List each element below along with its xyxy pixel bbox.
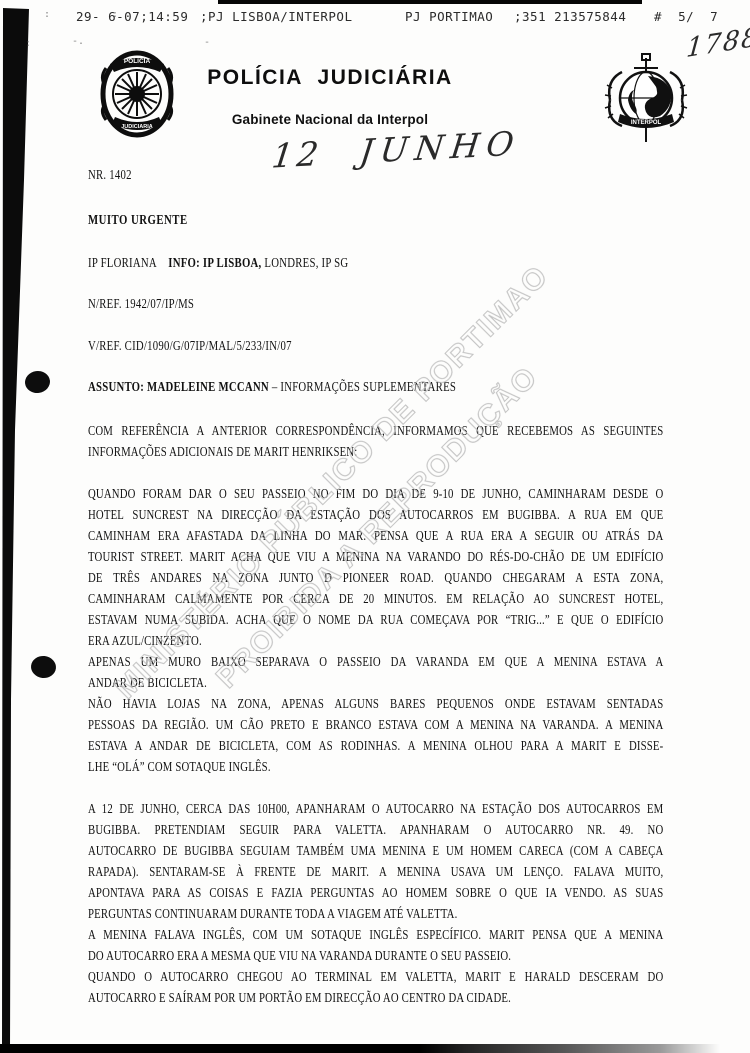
document-subtitle: Gabinete Nacional da Interpol: [180, 112, 480, 127]
scan-top-bar: [218, 0, 642, 4]
interpol-banner-label: INTERPOL: [631, 120, 662, 126]
body-line: DO AUTOCARRO ERA A MESMA QUE VIU NA VARA…: [88, 945, 663, 966]
scan-noise: -: [204, 37, 210, 48]
body-line: INFORMAÇÕES ADICIONAIS DE MARIT HENRIKSE…: [88, 441, 663, 462]
body-line: APONTAVA PARA AS COISAS E FAZIA PERGUNTA…: [88, 882, 663, 903]
routing-to: IP FLORIANA: [88, 255, 157, 270]
body-line: ESTAVAM NUMA SUBIDA. ACHA QUE O NOME DA …: [88, 609, 663, 630]
body-paragraph: A 12 DE JUNHO, CERCA DAS 10H00, APANHARA…: [88, 798, 663, 924]
body-line: AUTOCARRO DE BUGIBBA SEGUIAM TAMBÉM UMA …: [88, 840, 663, 861]
fax-page-indicator: # 5/ 7: [654, 9, 718, 24]
body-line: CAMINHARAM CALMAMENTE POR CERCA DE 20 MI…: [88, 588, 663, 609]
body-line: APENAS UM MURO BAIXO SEPARAVA O PASSEIO …: [88, 651, 663, 672]
body-line: QUANDO O AUTOCARRO CHEGOU AO TERMINAL EM…: [88, 966, 663, 987]
subject-label: ASSUNTO:: [88, 379, 147, 394]
body-line: QUANDO FORAM DAR O SEU PASSEIO NO FIM DO…: [88, 483, 663, 504]
body-line: CAMINHAM ERA AFASTADA DA LINHA DO MAR. P…: [88, 525, 663, 546]
letterhead: POLÍCIA JUDICIÁRIA Gabinete Nacional da …: [180, 66, 480, 127]
document-number: NR. 1402: [88, 167, 132, 183]
policia-judiciaria-badge-icon: POLICIA JUDICIARIA: [98, 50, 176, 147]
hole-punch-dot: [24, 369, 52, 394]
routing-line: IP FLORIANAINFO: IP LISBOA, LONDRES, IP …: [88, 255, 348, 271]
body-line: TOURIST STREET. MARIT ACHA QUE VIU A MEN…: [88, 546, 663, 567]
interpol-emblem-icon: INTERPOL: [596, 50, 696, 155]
badge-bottom-label: JUDICIARIA: [121, 124, 153, 130]
subject-line: ASSUNTO: MADELEINE MCCANN – INFORMAÇÕES …: [88, 379, 456, 395]
body-line: HOTEL SUNCREST NA DIRECÇÃO DA ESTAÇÃO DO…: [88, 504, 663, 525]
body-line: LHE “OLÁ” COM SOTAQUE INGLÊS.: [88, 756, 663, 777]
urgency-label: MUITO URGENTE: [88, 212, 188, 228]
body-line: COM REFERÊNCIA A ANTERIOR CORRESPONDÊNCI…: [88, 420, 663, 441]
routing-info-rest: LONDRES, IP SG: [261, 255, 348, 270]
scan-bottom-bar: [0, 1044, 750, 1053]
fax-sender: ;PJ LISBOA/INTERPOL: [200, 9, 353, 24]
body-paragraph: QUANDO O AUTOCARRO CHEGOU AO TERMINAL EM…: [88, 966, 663, 1008]
body-line: ANDAR DE BICICLETA.: [88, 672, 663, 693]
body-line: DE TRÊS ANDARES NA ZONA JUNTO D PIONEER …: [88, 567, 663, 588]
our-reference: N/REF. 1942/07/IP/MS: [88, 296, 194, 312]
body-line: PESSOAS DA REGIÃO. UM CÃO PRETO E BRANCO…: [88, 714, 663, 735]
body-line: A MENINA FALAVA INGLÊS, COM UM SOTAQUE I…: [88, 924, 663, 945]
body-line: PERGUNTAS CONTINUARAM DURANTE TODA A VIA…: [88, 903, 663, 924]
body-line: ERA AZUL/CINZENTO.: [88, 630, 663, 651]
hole-punch-dot: [30, 655, 57, 679]
handwritten-date: 12JUNHO: [270, 123, 523, 175]
fax-number: ;351 213575844: [514, 9, 626, 24]
body-paragraph: A MENINA FALAVA INGLÊS, COM UM SOTAQUE I…: [88, 924, 663, 966]
subject-name: MADELEINE MCCANN: [147, 379, 269, 394]
document-title: POLÍCIA JUDICIÁRIA: [180, 66, 480, 90]
body-paragraph: APENAS UM MURO BAIXO SEPARAVA O PASSEIO …: [88, 651, 663, 693]
fax-document-page: : : : -. - 29- 6-07;14:59 ;PJ LISBOA/INT…: [0, 0, 750, 1053]
body-line: A 12 DE JUNHO, CERCA DAS 10H00, APANHARA…: [88, 798, 663, 819]
badge-top-label: POLICIA: [124, 58, 151, 65]
your-reference: V/REF. CID/1090/G/07IP/MAL/5/233/IN/07: [88, 338, 292, 354]
document-body: COM REFERÊNCIA A ANTERIOR CORRESPONDÊNCI…: [88, 420, 663, 1008]
body-line: ESTAVA A ANDAR DE BICICLETA, COM AS RODI…: [88, 735, 663, 756]
body-line: NÃO HAVIA LOJAS NA ZONA, APENAS ALGUNS B…: [88, 693, 663, 714]
body-line: AUTOCARRO E SAÍRAM POR UM PORTÃO EM DIRE…: [88, 987, 663, 1008]
body-paragraph: COM REFERÊNCIA A ANTERIOR CORRESPONDÊNCI…: [88, 420, 663, 462]
scan-noise: -.: [72, 36, 84, 47]
body-paragraph: QUANDO FORAM DAR O SEU PASSEIO NO FIM DO…: [88, 483, 663, 651]
scan-edge-strip: [0, 0, 34, 1053]
scan-noise: :: [44, 9, 50, 20]
fax-recipient: PJ PORTIMAO: [405, 9, 493, 24]
subject-rest: – INFORMAÇÕES SUPLEMENTARES: [269, 379, 456, 394]
routing-info-bold: INFO: IP LISBOA,: [168, 255, 261, 270]
body-paragraph: NÃO HAVIA LOJAS NA ZONA, APENAS ALGUNS B…: [88, 693, 663, 777]
body-line: BUGIBBA. PRETENDIAM SEGUIR PARA VALETTA.…: [88, 819, 663, 840]
body-line: RAPADA). SENTARAM-SE À FRENTE DE MARIT. …: [88, 861, 663, 882]
handwritten-day: 12: [270, 134, 325, 176]
fax-timestamp: 29- 6-07;14:59: [76, 9, 188, 24]
handwritten-month: JUNHO: [358, 123, 523, 171]
scan-noise: :: [25, 38, 31, 49]
